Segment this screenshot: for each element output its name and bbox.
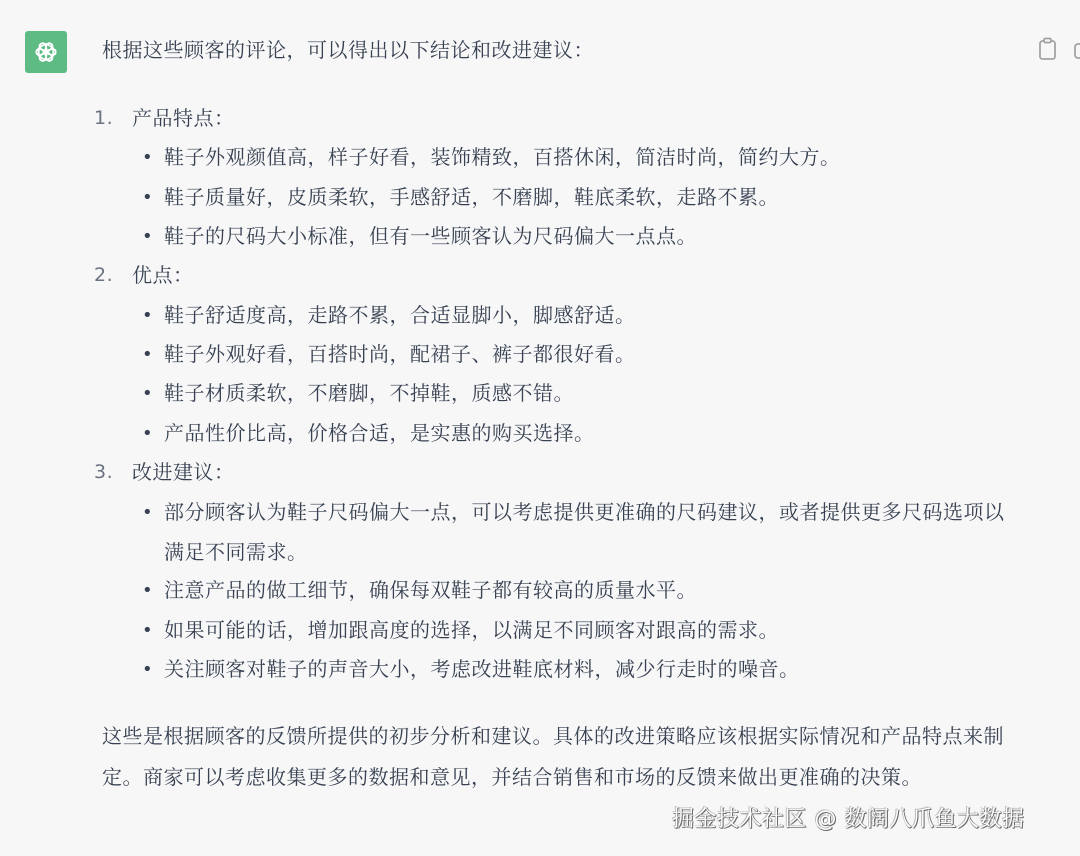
bullet-icon: • [142, 335, 153, 375]
list-item: • 鞋子外观颜值高，样子好看，装饰精致，百搭休闲，简洁时尚，简约大方。 [164, 138, 1024, 178]
section-number: 1. [94, 99, 113, 139]
bullet-icon: • [142, 296, 153, 336]
feedback-button[interactable] [1073, 42, 1080, 62]
bullet-icon: • [142, 493, 153, 533]
copy-button[interactable] [1038, 37, 1058, 61]
bullet-icon: • [142, 374, 153, 414]
section-label: 改进建议： [132, 460, 235, 484]
assistant-avatar [25, 31, 67, 73]
bullet-icon: • [142, 650, 153, 690]
section-title: 3. 改进建议： [132, 453, 235, 493]
list-item: • 关注顾客对鞋子的声音大小，考虑改进鞋底材料，减少行走时的噪音。 [164, 650, 1024, 690]
clipboard-icon [1038, 37, 1058, 61]
list-item: • 鞋子外观好看，百搭时尚，配裙子、裤子都很好看。 [164, 335, 1024, 375]
watermark: 掘金技术社区 @ 数阔八爪鱼大数据 [672, 802, 1025, 833]
list-item: • 鞋子舒适度高，走路不累，合适显脚小，脚感舒适。 [164, 296, 1024, 336]
closing-paragraph: 这些是根据顾客的反馈所提供的初步分析和建议。具体的改进策略应该根据实际情况和产品… [102, 716, 1027, 797]
section-number: 3. [94, 453, 113, 493]
bullet-icon: • [142, 217, 153, 257]
list-item: • 鞋子质量好，皮质柔软，手感舒适，不磨脚，鞋底柔软，走路不累。 [164, 178, 1024, 218]
bullet-icon: • [142, 178, 153, 218]
list-item: • 鞋子材质柔软，不磨脚，不掉鞋，质感不错。 [164, 374, 1024, 414]
section-label: 优点： [132, 263, 194, 287]
bullet-icon: • [142, 571, 153, 611]
section-label: 产品特点： [132, 106, 235, 130]
openai-logo-icon [31, 37, 61, 67]
section-title: 1. 产品特点： [132, 99, 235, 139]
bullet-icon: • [142, 138, 153, 178]
list-item: • 产品性价比高，价格合适，是实惠的购买选择。 [164, 414, 1024, 454]
intro-text: 根据这些顾客的评论，可以得出以下结论和改进建议： [102, 31, 594, 71]
section-title: 2. 优点： [132, 256, 194, 296]
thumbs-icon [1073, 42, 1080, 62]
list-item: • 鞋子的尺码大小标准，但有一些顾客认为尺码偏大一点点。 [164, 217, 1024, 257]
bullet-icon: • [142, 611, 153, 651]
assistant-message: 根据这些顾客的评论，可以得出以下结论和改进建议： 1. 产品特点： • 鞋子外观… [0, 0, 1080, 856]
list-item: • 注意产品的做工细节，确保每双鞋子都有较高的质量水平。 [164, 571, 1024, 611]
section-number: 2. [94, 256, 113, 296]
bullet-icon: • [142, 414, 153, 454]
list-item: • 如果可能的话，增加跟高度的选择，以满足不同顾客对跟高的需求。 [164, 611, 1024, 651]
list-item: • 部分顾客认为鞋子尺码偏大一点，可以考虑提供更准确的尺码建议，或者提供更多尺码… [164, 493, 1024, 572]
